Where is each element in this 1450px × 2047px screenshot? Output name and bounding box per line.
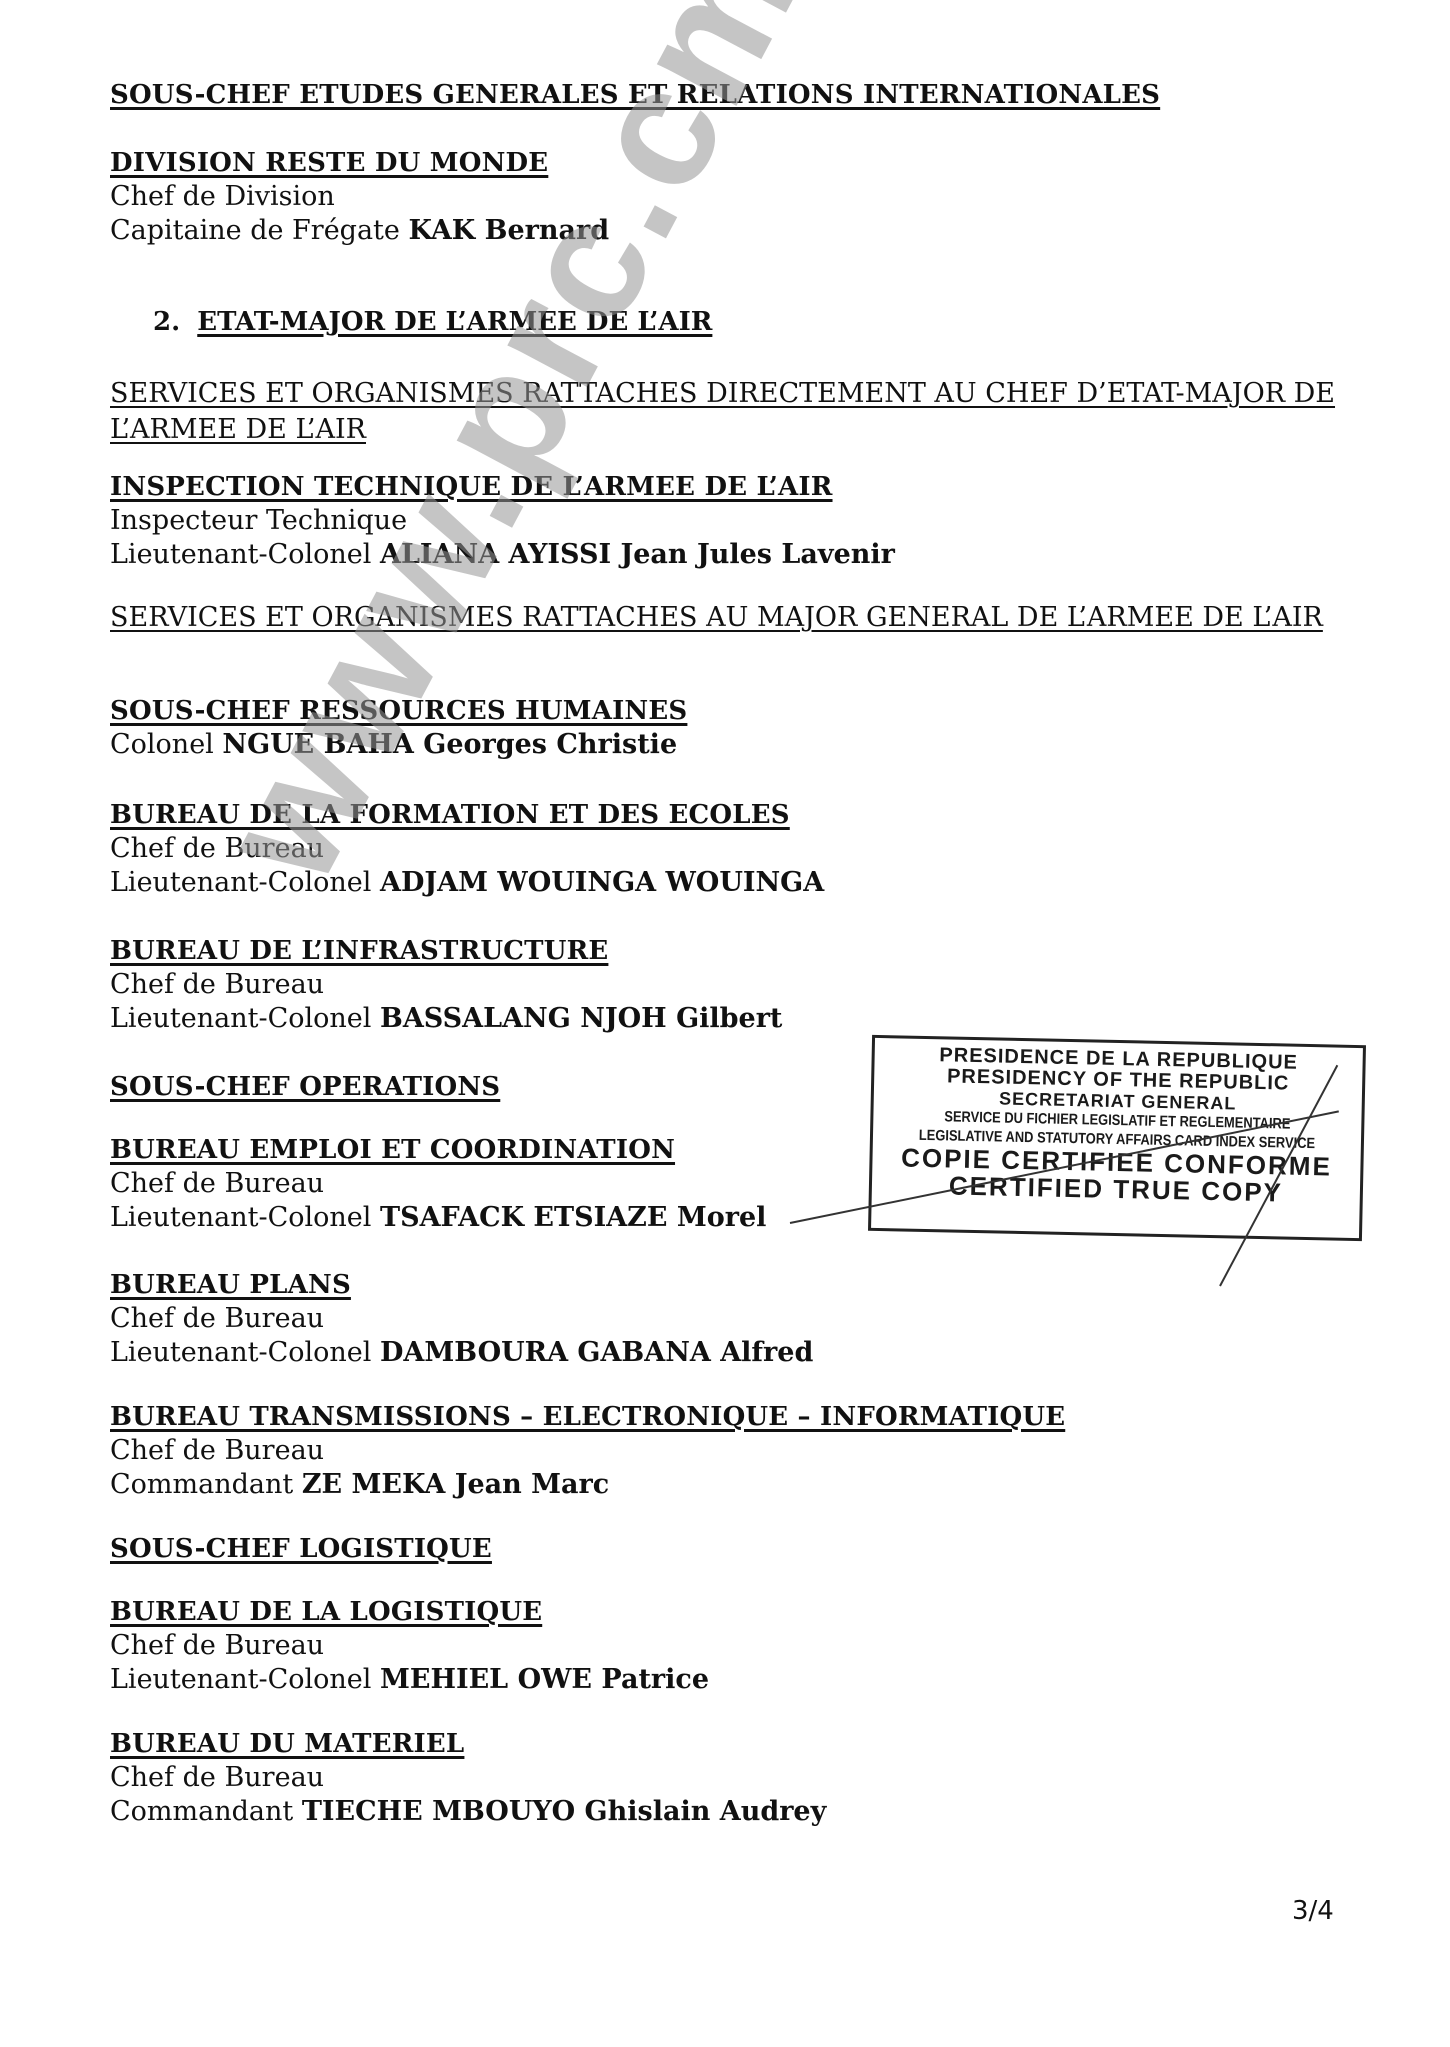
watermark: www.prc.cm	[180, 0, 839, 912]
section-heading: SOUS-CHEF LOGISTIQUE	[110, 1532, 492, 1566]
subsection-heading: SERVICES ET ORGANISMES RATTACHES AU MAJO…	[110, 600, 1340, 636]
officer-name: ALIANA AYISSI Jean Jules Lavenir	[380, 539, 895, 570]
section-heading: SOUS-CHEF OPERATIONS	[110, 1070, 500, 1104]
section-rh: SOUS-CHEF RESSOURCES HUMAINES Colonel NG…	[110, 694, 687, 762]
section-heading: SOUS-CHEF RESSOURCES HUMAINES	[110, 694, 687, 728]
section-heading: BUREAU DE LA FORMATION ET DES ECOLES	[110, 798, 824, 832]
officer-name: KAK Bernard	[408, 215, 609, 246]
officer-name: TSAFACK ETSIAZE Morel	[380, 1202, 766, 1233]
section-heading: BUREAU DE L’INFRASTRUCTURE	[110, 934, 782, 968]
officer-name: TIECHE MBOUYO Ghislain Audrey	[302, 1796, 826, 1827]
role-label: Chef de Bureau	[110, 1302, 813, 1336]
role-label: Chef de Bureau	[110, 1761, 826, 1795]
officer-name: BASSALANG NJOH Gilbert	[380, 1003, 782, 1034]
part-title: ETAT-MAJOR DE L’ARMEE DE L’AIR	[197, 307, 712, 337]
rank: Lieutenant-Colonel	[110, 539, 380, 570]
section-heading: BUREAU DE LA LOGISTIQUE	[110, 1595, 709, 1629]
subsection-heading: SERVICES ET ORGANISMES RATTACHES DIRECTE…	[110, 376, 1340, 448]
section-infrastructure: BUREAU DE L’INFRASTRUCTURE Chef de Burea…	[110, 934, 782, 1036]
section-heading: INSPECTION TECHNIQUE DE L’ARMEE DE L’AIR	[110, 470, 895, 504]
officer-name: ADJAM WOUINGA WOUINGA	[380, 867, 824, 898]
section-inspection-technique: INSPECTION TECHNIQUE DE L’ARMEE DE L’AIR…	[110, 470, 895, 572]
role-label: Chef de Bureau	[110, 1629, 709, 1663]
role-label: Chef de Bureau	[110, 832, 824, 866]
section-heading: BUREAU DU MATERIEL	[110, 1727, 826, 1761]
rank: Lieutenant-Colonel	[110, 867, 380, 898]
role-label: Chef de Bureau	[110, 1434, 1065, 1468]
rank: Lieutenant-Colonel	[110, 1664, 380, 1695]
officer-name: NGUE BAHA Georges Christie	[222, 729, 677, 760]
section-division-reste-du-monde: DIVISION RESTE DU MONDE Chef de Division…	[110, 146, 609, 248]
section-transmissions: BUREAU TRANSMISSIONS – ELECTRONIQUE – IN…	[110, 1400, 1065, 1502]
rank: Lieutenant-Colonel	[110, 1003, 380, 1034]
section-heading: SOUS-CHEF ETUDES GENERALES ET RELATIONS …	[110, 78, 1160, 112]
section-heading: BUREAU TRANSMISSIONS – ELECTRONIQUE – IN…	[110, 1400, 1065, 1434]
officer-line: Commandant TIECHE MBOUYO Ghislain Audrey	[110, 1795, 826, 1829]
section-emploi: BUREAU EMPLOI ET COORDINATION Chef de Bu…	[110, 1133, 766, 1235]
rank: Capitaine de Frégate	[110, 215, 408, 246]
role-label: Chef de Division	[110, 180, 609, 214]
section-heading: DIVISION RESTE DU MONDE	[110, 146, 609, 180]
officer-line: Lieutenant-Colonel ALIANA AYISSI Jean Ju…	[110, 538, 895, 572]
section-heading: BUREAU PLANS	[110, 1268, 813, 1302]
rank: Lieutenant-Colonel	[110, 1202, 380, 1233]
officer-line: Lieutenant-Colonel ADJAM WOUINGA WOUINGA	[110, 866, 824, 900]
section-formation: BUREAU DE LA FORMATION ET DES ECOLES Che…	[110, 798, 824, 900]
officer-name: MEHIEL OWE Patrice	[380, 1664, 709, 1695]
officer-line: Colonel NGUE BAHA Georges Christie	[110, 728, 687, 762]
officer-line: Lieutenant-Colonel DAMBOURA GABANA Alfre…	[110, 1336, 813, 1370]
rank: Colonel	[110, 729, 222, 760]
certification-stamp: PRESIDENCE DE LA REPUBLIQUE PRESIDENCY O…	[868, 1035, 1366, 1241]
section-materiel: BUREAU DU MATERIEL Chef de Bureau Comman…	[110, 1727, 826, 1829]
rank: Commandant	[110, 1469, 302, 1500]
officer-line: Lieutenant-Colonel BASSALANG NJOH Gilber…	[110, 1002, 782, 1036]
role-label: Chef de Bureau	[110, 968, 782, 1002]
rank: Commandant	[110, 1796, 302, 1827]
officer-line: Capitaine de Frégate KAK Bernard	[110, 214, 609, 248]
part-heading: 2. ETAT-MAJOR DE L’ARMEE DE L’AIR	[153, 307, 712, 337]
section-heading: BUREAU EMPLOI ET COORDINATION	[110, 1133, 766, 1167]
section-logistique: BUREAU DE LA LOGISTIQUE Chef de Bureau L…	[110, 1595, 709, 1697]
rank: Lieutenant-Colonel	[110, 1337, 380, 1368]
part-number: 2.	[153, 307, 180, 337]
officer-line: Lieutenant-Colonel TSAFACK ETSIAZE Morel	[110, 1201, 766, 1235]
document-page: SOUS-CHEF ETUDES GENERALES ET RELATIONS …	[0, 0, 1450, 2047]
page-number: 3/4	[1292, 1896, 1334, 1926]
officer-line: Lieutenant-Colonel MEHIEL OWE Patrice	[110, 1663, 709, 1697]
role-label: Inspecteur Technique	[110, 504, 895, 538]
role-label: Chef de Bureau	[110, 1167, 766, 1201]
officer-name: ZE MEKA Jean Marc	[302, 1469, 609, 1500]
section-plans: BUREAU PLANS Chef de Bureau Lieutenant-C…	[110, 1268, 813, 1370]
officer-line: Commandant ZE MEKA Jean Marc	[110, 1468, 1065, 1502]
officer-name: DAMBOURA GABANA Alfred	[380, 1337, 813, 1368]
